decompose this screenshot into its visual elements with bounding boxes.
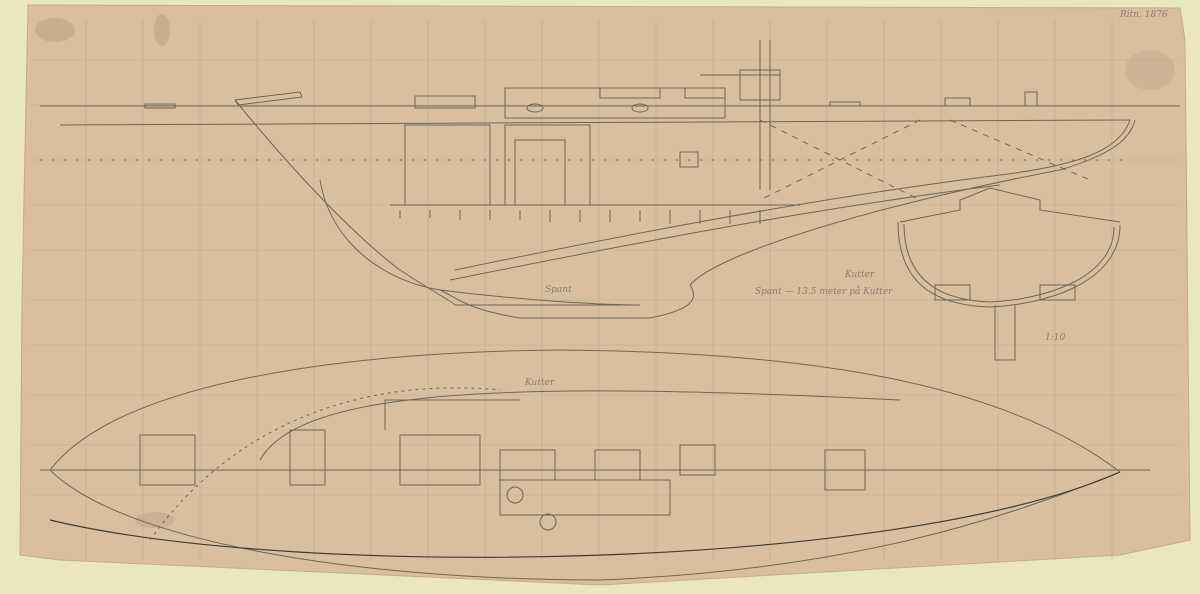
annotation-caption: Spant — 13.5 meter på Kutter bbox=[755, 287, 892, 297]
drawing-canvas bbox=[0, 0, 1200, 594]
paper-sheet bbox=[20, 5, 1190, 585]
annotation-title: Kutter bbox=[845, 270, 874, 280]
annotation-profile: Spant bbox=[545, 285, 572, 295]
annotation-plan: Kutter bbox=[525, 378, 554, 388]
annotation-section: 1:10 bbox=[1045, 333, 1065, 343]
annotation-top-right: Ritn. 1876 bbox=[1120, 10, 1168, 20]
ship-plan-drawing: Ritn. 1876 Kutter Spant — 13.5 meter på … bbox=[0, 0, 1200, 594]
